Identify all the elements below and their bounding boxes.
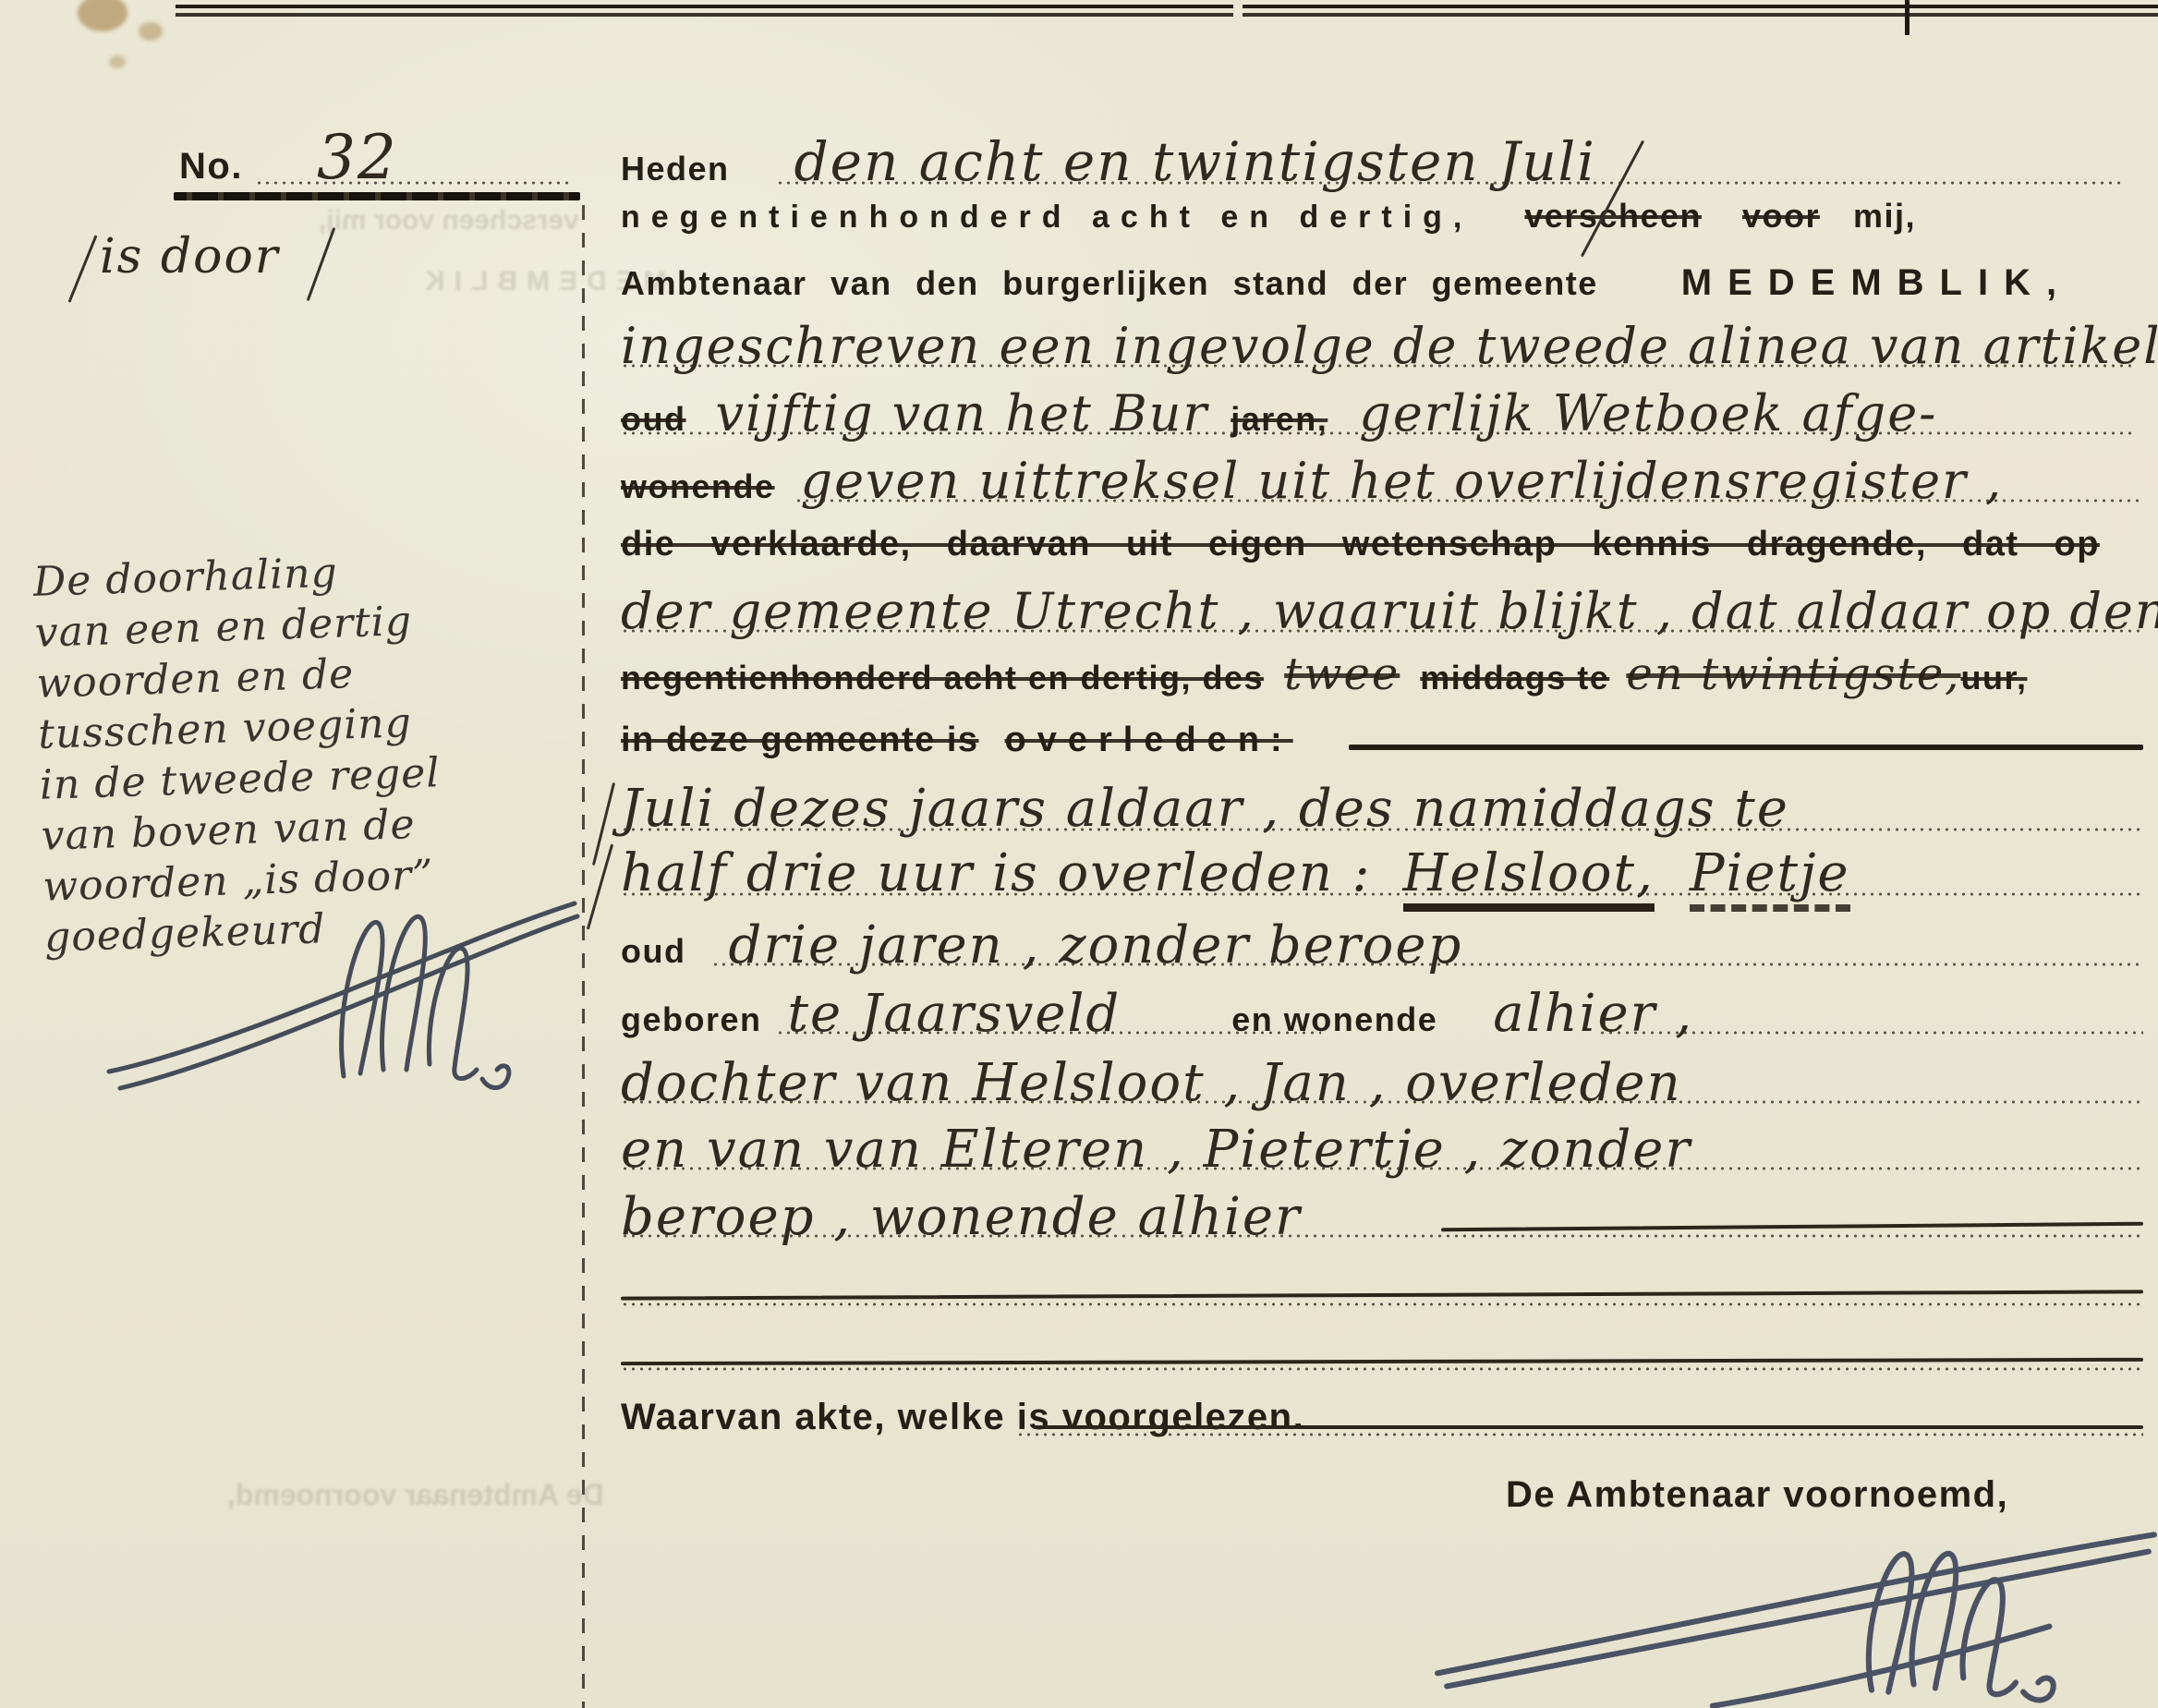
margin-approval-signature [102, 859, 600, 1118]
dotted-line [621, 629, 2143, 633]
body-line-struck-datetime: negentienhonderd acht en dertig, des twe… [621, 652, 2028, 697]
bleedthrough-text: De Ambtenaar voornoemd, [227, 1478, 604, 1512]
struck-printed-text: middags te [1420, 661, 1609, 695]
registrar-signature [1432, 1513, 2158, 1708]
struck-printed-word: wonende [621, 470, 775, 503]
printed-text: Heden [621, 152, 730, 186]
dotted-line [1598, 1031, 2143, 1035]
struck-printed-word: voor [1742, 200, 1820, 233]
printed-text: geboren [621, 1003, 762, 1036]
printed-text: Waarvan akte, welke is voorgelezen. [621, 1399, 1304, 1435]
dotted-line [776, 181, 2125, 185]
struck-handwritten-word: twee [1284, 652, 1400, 697]
printed-text: De Ambtenaar voornoemd, [1506, 1476, 2008, 1513]
act-number-value: 32 [317, 127, 398, 188]
struck-printed-text: in deze gemeente is [621, 722, 979, 757]
dotted-line [255, 181, 573, 185]
ink-fill-line [621, 1358, 2143, 1365]
struck-printed-text: overleden: [1005, 722, 1293, 757]
dotted-line [621, 892, 2143, 896]
printed-year: negentienhonderd acht en dertig, [621, 201, 1473, 233]
dotted-line [621, 1367, 2143, 1371]
body-line-deceased-name: half drie uur is overleden : Helsloot, P… [621, 848, 1850, 912]
body-line-closing: Waarvan akte, welke is voorgelezen. [621, 1399, 1304, 1435]
dotted-line [621, 1167, 2143, 1170]
body-line-declaration: die verklaarde, daarvan uit eigen wetens… [621, 527, 2100, 562]
insertion-bracket-stroke [67, 235, 97, 302]
paper-stain [109, 55, 126, 68]
bleedthrough-text: verscheen voor mij, [319, 205, 579, 236]
body-line-year: negentienhonderd acht en dertig, versche… [621, 200, 1916, 233]
death-certificate-extract: No. 32 verscheen voor mij, MEDEMBLIK De … [0, 0, 2158, 1708]
top-rule-right [1243, 5, 2158, 8]
dotted-line [794, 499, 2139, 503]
dotted-line [621, 828, 2143, 831]
printed-text: oud [621, 935, 685, 968]
dotted-line [621, 431, 2136, 435]
struck-printed-word: uur, [1960, 661, 2027, 695]
insertion-caret-stroke [592, 782, 615, 866]
top-rule-left [176, 5, 1233, 8]
officiant-title: De Ambtenaar voornoemd, [1506, 1476, 2008, 1513]
margin-insertion-text: is door [100, 233, 280, 281]
deceased-firstname: Pietje [1690, 848, 1850, 912]
margin-insertion: is door [100, 233, 280, 281]
struck-printed-line: die verklaarde, daarvan uit eigen wetens… [621, 527, 2100, 562]
body-line-struck-overleden: in deze gemeente is overleden: [621, 722, 1293, 757]
municipality-name: MEDEMBLIK, [1681, 264, 2072, 301]
ink-fill-line [1441, 1222, 2143, 1232]
ink-fill-line [1035, 1425, 2143, 1429]
ink-fill-line [1349, 745, 2143, 750]
dotted-line [776, 1031, 1321, 1035]
dotted-line [621, 364, 2136, 368]
dotted-line [621, 1302, 2143, 1306]
dotted-line [711, 963, 2143, 966]
printed-text: mij, [1853, 200, 1916, 233]
insertion-bracket-stroke [307, 227, 336, 301]
dotted-line [1016, 1433, 2143, 1436]
paper-stain [139, 22, 163, 41]
struck-printed-text: negentienhonderd acht en dertig, des [621, 661, 1264, 695]
dotted-line [621, 1100, 2143, 1104]
struck-handwritten-text: en twintigste, [1626, 652, 1960, 697]
struck-printed-word: verscheen [1524, 200, 1702, 233]
number-heavy-rule [174, 192, 580, 200]
act-number-label: No. [179, 148, 243, 185]
act-number-block: No. 32 [179, 127, 398, 188]
paper-stain [78, 0, 127, 31]
body-line-registrar: Ambtenaar van den burgerlijken stand der… [621, 264, 2072, 301]
dotted-line [621, 1234, 2143, 1238]
deceased-surname: Helsloot, [1403, 848, 1655, 912]
top-edge-tick [1905, 0, 1909, 35]
printed-text: Ambtenaar van den burgerlijken stand der… [621, 267, 1598, 300]
ink-fill-line [621, 1290, 2143, 1300]
